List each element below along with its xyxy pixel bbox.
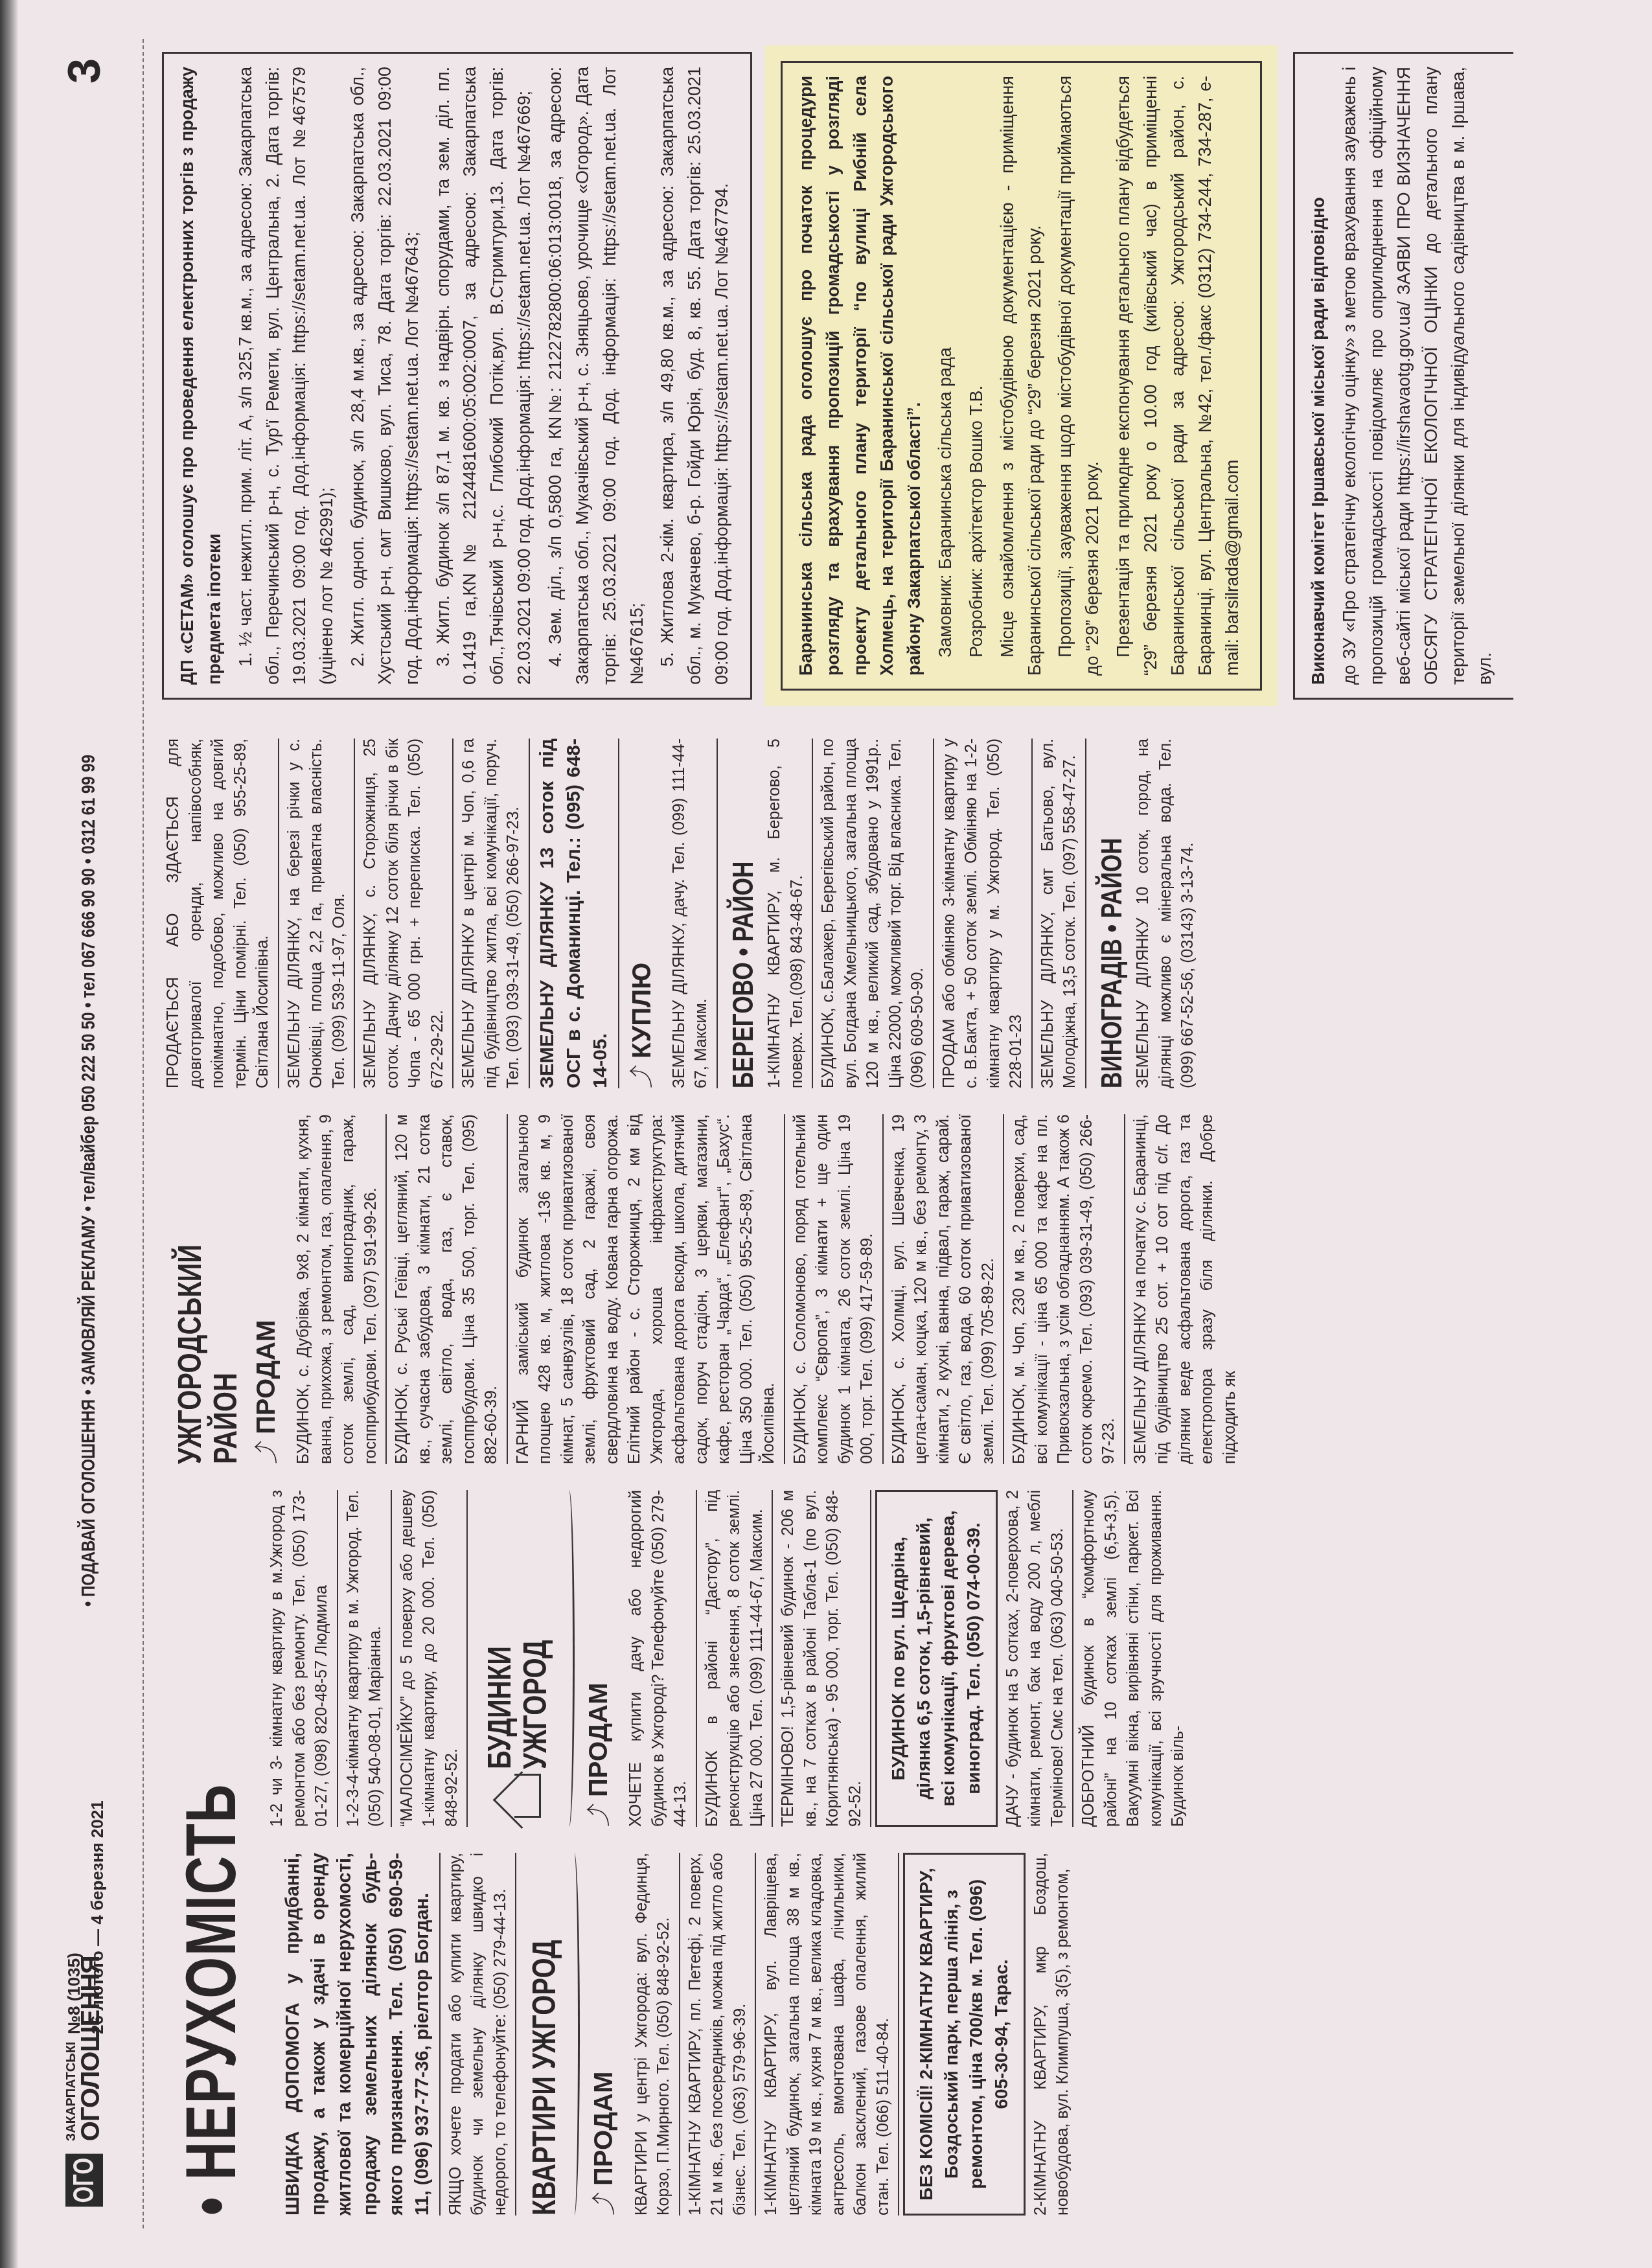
heading-berehovo-district: БЕРЕГОВО • РАЙОН bbox=[728, 808, 759, 1088]
arrow-icon: ⤴ bbox=[251, 1441, 283, 1464]
notices-column: ДП «СЕТАМ» оголошує про проведення елект… bbox=[162, 52, 1513, 700]
issue-number: №8 (1035) bbox=[62, 1800, 86, 2034]
setam-item: 1. ½ част. нежитл. прим. літ. А, з/п 325… bbox=[233, 67, 341, 685]
classified-ad: ДАЧУ - будинок на 5 сотках, 2-поверхова,… bbox=[1002, 1490, 1074, 1827]
column-2: 1-2 чи 3- кімнатну квартиру в м.Ужгород … bbox=[266, 1490, 1193, 1827]
page-number: 3 bbox=[58, 58, 110, 84]
classified-ad: 1-КІМНАТНУ КВАРТИРУ, м. Берегово, 5 пове… bbox=[763, 739, 813, 1088]
contact-slogan: • ПОДАВАЙ ОГОЛОШЕННЯ • ЗАМОВЛЯЙ РЕКЛАМУ … bbox=[78, 755, 100, 1607]
setam-notice: ДП «СЕТАМ» оголошує про проведення елект… bbox=[162, 52, 752, 700]
heading-uzhhorod-district: УЖГОРОДСЬКИЙ РАЙОН bbox=[172, 1184, 244, 1464]
wavy-divider bbox=[569, 1853, 580, 2216]
subheading-sell: ⤴ПРОДАМ bbox=[249, 1114, 284, 1464]
classified-ad: ТЕРМІНОВО! 1,5-рівневий будинок - 206 м … bbox=[777, 1490, 871, 1827]
classified-ad: ЗЕМЕЛЬНУ ДІЛЯНКУ, с. Сторожниця, 25 сото… bbox=[359, 739, 453, 1088]
setam-item: 5. Житлова 2-кім. квартира, з/п 49,80 кв… bbox=[654, 67, 736, 685]
classified-ad: 2-КІМНАТНУ КВАРТИРУ, мкр Боздош, новобуд… bbox=[1029, 1853, 1074, 2216]
logo-mark: ОГО bbox=[65, 2154, 103, 2207]
arrow-icon: ⤴ bbox=[583, 1804, 615, 1827]
issue-dates: 26 лютого — 4 березня 2021 bbox=[86, 1800, 109, 2034]
arrow-icon: ⤴ bbox=[588, 2192, 621, 2216]
irshava-title: Виконавчий комітет Іршавської міської ра… bbox=[1305, 67, 1333, 685]
classified-ad: 1-КІМНАТНУ КВАРТИРУ, вул. Лавріщева, цег… bbox=[760, 1853, 899, 2216]
classified-ad: ЗЕМЕЛЬНУ ДІЛЯНКУ на початку с. Баранинці… bbox=[1129, 1114, 1241, 1464]
classified-ad: 1-2-3-4-кімнатну квартиру в м. Ужгород. … bbox=[342, 1490, 392, 1827]
classified-ad: 1-КІМНАТНУ КВАРТИРУ, пл. Петефі, 2 повер… bbox=[684, 1853, 757, 2216]
classified-ad: БУДИНОК, с. Холмці, вул. Шевченка, 19 це… bbox=[888, 1114, 1005, 1464]
classified-ad: ЗЕМЕЛЬНУ ДІЛЯНКУ, дачу. Тел. (099) 111-4… bbox=[668, 739, 718, 1088]
house-icon bbox=[488, 1777, 540, 1827]
notice-line: Презентація та прилюдне експонування дет… bbox=[1110, 76, 1246, 676]
classified-ad: БУДИНОК, с. Соломоново, поряд готельний … bbox=[789, 1114, 884, 1464]
arrow-icon: ⤴ bbox=[626, 1065, 658, 1088]
column-1: • НЕРУХОМІСТЬ ШВИДКА ДОПОМОГА у придбанн… bbox=[162, 1853, 1078, 2216]
notice-line: Пропозиції, зауваження щодо містобудівно… bbox=[1052, 76, 1107, 676]
classified-ad: БУДИНОК, с. Дубрівка, 9х8, 2 кімнати, ку… bbox=[292, 1114, 387, 1464]
baranyntsi-notice: Баранинська сільська рада оголошує про п… bbox=[781, 61, 1263, 691]
promo-ad: ШВИДКА ДОПОМОГА у придбанні, продажу, а … bbox=[280, 1853, 441, 2216]
classified-ad: ХОЧЕТЕ купити дачу або недорогий будинок… bbox=[625, 1490, 697, 1827]
heading-vynohradiv-district: ВИНОГРАДІВ • РАЙОН bbox=[1097, 808, 1128, 1088]
classified-ad: ЗЕМЕЛЬНУ ДІЛЯНКУ 10 соток, город, на діл… bbox=[1132, 739, 1199, 1088]
setam-item: 2. Житл. одноп. будинок, з/п 28,4 м.кв.,… bbox=[345, 67, 426, 685]
issue-info: №8 (1035) 26 лютого — 4 березня 2021 bbox=[62, 1800, 109, 2034]
baranyntsi-title: Баранинська сільська рада оголошує про п… bbox=[793, 76, 928, 676]
notice-line: Місце ознайомлення з містобудівною докум… bbox=[994, 76, 1049, 676]
classified-ad: “МАЛОСІМЕЙКУ” до 5 поверху або дешеву 1-… bbox=[396, 1490, 468, 1827]
boxed-ad: БЕЗ КОМІСІЇ! 2-КІМНАТНУ КВАРТИРУ, Боздос… bbox=[903, 1853, 1026, 2216]
classified-ad: КВАРТИРИ у центрі Ужгорода: вул. Фединця… bbox=[630, 1853, 680, 2216]
classified-ad: ПРОДАЄТЬСЯ АБО ЗДАЄТЬСЯ для довготривало… bbox=[162, 739, 279, 1088]
notice-line: Розробник: архітектор Вошко Т.В. bbox=[963, 76, 991, 676]
section-title: • НЕРУХОМІСТЬ bbox=[162, 1943, 260, 2216]
classified-ad: ДОБРОТНИЙ будинок в “комфортному районі”… bbox=[1077, 1490, 1189, 1827]
highlighted-notice-wrapper: Баранинська сільська рада оголошує про п… bbox=[772, 52, 1272, 700]
classified-ad: ЗЕМЕЛЬНУ ДІЛЯНКУ, на березі річки у с. О… bbox=[283, 739, 356, 1088]
classified-ad: БУДИНОК в районі “Дастору”, під реконстр… bbox=[701, 1490, 774, 1827]
newspaper-page: ОГО ЗАКАРПАТСЬКІ ОГОЛОШЕННЯ №8 (1035) 26… bbox=[39, 39, 1581, 2228]
setam-item: 4. Зем. діл., з/п 0,5800 га, КN№: 212278… bbox=[542, 67, 650, 685]
subheading-sell: ⤴ПРОДАМ bbox=[581, 1490, 617, 1827]
masthead: ОГО ЗАКАРПАТСЬКІ ОГОЛОШЕННЯ №8 (1035) 26… bbox=[39, 39, 149, 2228]
classified-ad: ЗЕМЕЛЬНУ ДІЛЯНКУ, смт Батьово, вул. Моло… bbox=[1037, 739, 1086, 1088]
classified-ad: БУДИНОК, м. Чоп, 230 м кв., 2 поверхи, с… bbox=[1008, 1114, 1125, 1464]
bold-ad: ЗЕМЕЛЬНУ ДІЛЯНКУ 13 соток під ОСГ в с. Д… bbox=[534, 739, 619, 1088]
column-3: УЖГОРОДСЬКИЙ РАЙОН ⤴ПРОДАМ БУДИНОК, с. Д… bbox=[162, 1114, 1245, 1464]
classified-ad: БУДИНОК, с.Балажер, Берегівський район, … bbox=[817, 739, 934, 1088]
classified-ad: БУДИНОК, с. Руські Геївці, цегляний, 120… bbox=[391, 1114, 508, 1464]
classified-ad: ПРОДАМ або обміняю 3-кімнатну квартиру у… bbox=[938, 739, 1033, 1088]
classified-ad: 1-2 чи 3- кімнатну квартиру в м.Ужгород … bbox=[266, 1490, 338, 1827]
irshava-body: до ЗУ «Про стратегічну екологічну оцінку… bbox=[1337, 67, 1499, 685]
classified-ad: ГАРНИЙ заміський будинок загальною площе… bbox=[512, 1114, 785, 1464]
heading-houses-uzhhorod: БУДИНКИ УЖГОРОД bbox=[482, 1546, 553, 1769]
header-divider bbox=[143, 39, 144, 2228]
heading-apartments-uzhhorod: КВАРТИРИ УЖГОРОД bbox=[527, 1925, 562, 2216]
boxed-ad: БУДИНОК по вул. Щедріна, ділянка 6,5 сот… bbox=[875, 1490, 998, 1827]
wavy-divider bbox=[564, 1490, 575, 1827]
setam-item: 3. Житл. будинок з/п 87,1 м. кв. з надві… bbox=[430, 67, 538, 685]
notice-line: Замовник: Баранинська сільська рада bbox=[932, 76, 959, 676]
subheading-sell: ⤴ПРОДАМ bbox=[586, 1853, 622, 2216]
setam-title: ДП «СЕТАМ» оголошує про проведення елект… bbox=[174, 67, 229, 685]
irshava-notice: Виконавчий комітет Іршавської міської ра… bbox=[1293, 52, 1513, 700]
classified-ad: ЯКЩО хочете продати або купити квартиру,… bbox=[444, 1853, 517, 2216]
classified-ad: ЗЕМЕЛЬНУ ДІЛЯНКУ в центрі м. Чоп, 0,6 га… bbox=[457, 739, 530, 1088]
scanner-edge bbox=[0, 0, 18, 2268]
subheading-buy: ⤴КУПЛЮ bbox=[625, 739, 660, 1088]
column-4: ПРОДАЄТЬСЯ АБО ЗДАЄТЬСЯ для довготривало… bbox=[162, 739, 1203, 1088]
